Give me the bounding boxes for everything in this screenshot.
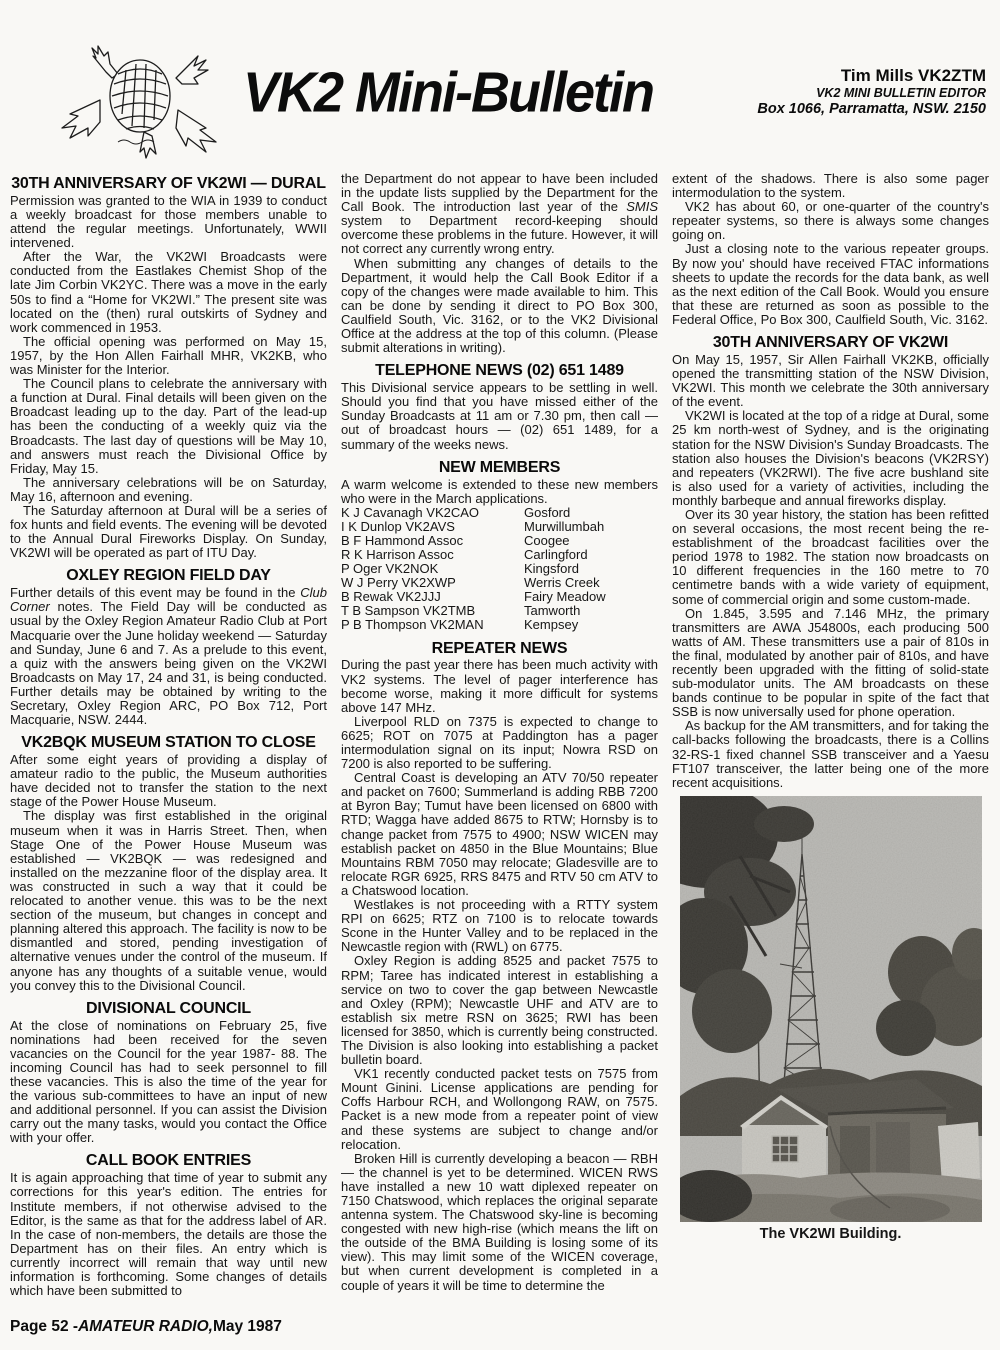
member-town: Werris Creek — [524, 576, 600, 590]
text-run-italic: SMIS — [626, 199, 658, 214]
editor-block: Tim Mills VK2ZTM VK2 MINI BULLETIN EDITO… — [757, 66, 986, 118]
member-town: Gosford — [524, 506, 570, 520]
paragraph: extent of the shadows. There is also som… — [672, 172, 989, 200]
section-heading: VK2BQK MUSEUM STATION TO CLOSE — [10, 734, 327, 752]
member-name: I K Dunlop VK2AVS — [341, 520, 524, 534]
member-row: I K Dunlop VK2AVSMurwillumbah — [341, 520, 658, 534]
vk2wi-station-photo — [680, 796, 982, 1222]
paragraph: It is again approaching that time of yea… — [10, 1171, 327, 1298]
paragraph: On May 15, 1957, Sir Allen Fairhall VK2K… — [672, 353, 989, 409]
paragraph: Westlakes is not proceeding with a RTTY … — [341, 898, 658, 954]
text-run: notes. The Field Day will be conducted a… — [10, 599, 327, 727]
section-heading: OXLEY REGION FIELD DAY — [10, 567, 327, 585]
paragraph: A warm welcome is extended to these new … — [341, 478, 658, 506]
paragraph: VK2 has about 60, or one-quarter of the … — [672, 200, 989, 242]
member-name: W J Perry VK2XWP — [341, 576, 524, 590]
column-2: the Department do not appear to have bee… — [341, 172, 658, 1314]
member-row: B Rewak VK2JJJFairy Meadow — [341, 590, 658, 604]
paragraph: Broken Hill is currently developing a be… — [341, 1152, 658, 1293]
member-row: K J Cavanagh VK2CAOGosford — [341, 506, 658, 520]
paragraph: The Council plans to celebrate the anniv… — [10, 377, 327, 476]
section-heading: TELEPHONE NEWS (02) 651 1489 — [341, 362, 658, 380]
paragraph: On 1.845, 3.595 and 7.146 MHz, the prima… — [672, 607, 989, 720]
paragraph: As backup for the AM transmitters, and f… — [672, 719, 989, 789]
text-run: Further details of this event may be fou… — [10, 585, 300, 600]
paragraph: The display was first established in the… — [10, 809, 327, 992]
member-row: T B Sampson VK2TMBTamworth — [341, 604, 658, 618]
paragraph: The anniversary celebrations will be on … — [10, 476, 327, 504]
member-row: R K Harrison AssocCarlingford — [341, 548, 658, 562]
column-3: extent of the shadows. There is also som… — [672, 172, 989, 1314]
paragraph: VK2WI is located at the top of a ridge a… — [672, 409, 989, 508]
member-town: Coogee — [524, 534, 570, 548]
member-town: Kempsey — [524, 618, 578, 632]
editor-address: Box 1066, Parramatta, NSW. 2150 — [757, 101, 986, 118]
editor-role: VK2 MINI BULLETIN EDITOR — [757, 86, 986, 101]
paragraph: Further details of this event may be fou… — [10, 586, 327, 727]
section-heading: DIVISIONAL COUNCIL — [10, 1000, 327, 1018]
editor-name: Tim Mills VK2ZTM — [757, 66, 986, 86]
footer-date: May 1987 — [213, 1318, 282, 1335]
footer-page-number: Page 52 - — [10, 1318, 78, 1335]
member-row: P Oger VK2NOKKingsford — [341, 562, 658, 576]
member-row: P B Thompson VK2MANKempsey — [341, 618, 658, 632]
text-run: the Department do not appear to have bee… — [341, 172, 658, 214]
paragraph: Liverpool RLD on 7375 is expected to cha… — [341, 715, 658, 771]
footer-magazine-name: AMATEUR RADIO, — [78, 1318, 213, 1335]
member-town: Tamworth — [524, 604, 580, 618]
paragraph: When submitting any changes of details t… — [341, 257, 658, 356]
paragraph: After the War, the VK2WI Broadcasts were… — [10, 250, 327, 335]
paragraph: During the past year there has been much… — [341, 658, 658, 714]
member-name: K J Cavanagh VK2CAO — [341, 506, 524, 520]
paragraph: After some eight years of providing a di… — [10, 753, 327, 809]
member-name: P B Thompson VK2MAN — [341, 618, 524, 632]
station-photo-figure: The VK2WI Building. — [672, 796, 989, 1241]
paragraph: Just a closing note to the various repea… — [672, 242, 989, 327]
section-heading: REPEATER NEWS — [341, 640, 658, 658]
member-row: B F Hammond AssocCoogee — [341, 534, 658, 548]
new-members-list: K J Cavanagh VK2CAOGosford I K Dunlop VK… — [341, 506, 658, 633]
masthead: VK2 Mini-Bulletin Tim Mills VK2ZTM VK2 M… — [0, 36, 1000, 166]
text-run: system to Department record-keeping shou… — [341, 213, 658, 256]
member-town: Murwillumbah — [524, 520, 604, 534]
paragraph: At the close of nominations on February … — [10, 1019, 327, 1146]
member-town: Kingsford — [524, 562, 579, 576]
photo-caption: The VK2WI Building. — [672, 1227, 989, 1241]
member-name: P Oger VK2NOK — [341, 562, 524, 576]
article-columns: 30TH ANNIVERSARY OF VK2WI — DURAL Permis… — [10, 172, 990, 1314]
member-name: B Rewak VK2JJJ — [341, 590, 524, 604]
column-1: 30TH ANNIVERSARY OF VK2WI — DURAL Permis… — [10, 172, 327, 1314]
section-heading: NEW MEMBERS — [341, 459, 658, 477]
member-town: Carlingford — [524, 548, 588, 562]
paragraph: Permission was granted to the WIA in 193… — [10, 194, 327, 250]
paragraph: the Department do not appear to have bee… — [341, 172, 658, 257]
paragraph: The Saturday afternoon at Dural will be … — [10, 504, 327, 560]
member-row: W J Perry VK2XWPWerris Creek — [341, 576, 658, 590]
member-name: T B Sampson VK2TMB — [341, 604, 524, 618]
paragraph: The official opening was performed on Ma… — [10, 335, 327, 377]
section-heading: CALL BOOK ENTRIES — [10, 1152, 327, 1170]
section-heading: 30TH ANNIVERSARY OF VK2WI — [672, 334, 989, 352]
member-name: B F Hammond Assoc — [341, 534, 524, 548]
paragraph: Central Coast is developing an ATV 70/50… — [341, 771, 658, 898]
page-footer: Page 52 -AMATEUR RADIO,May 1987 — [10, 1318, 282, 1336]
paragraph: Oxley Region is adding 8525 and packet 7… — [341, 954, 658, 1067]
member-town: Fairy Meadow — [524, 590, 606, 604]
bulletin-title: VK2 Mini-Bulletin — [218, 61, 678, 125]
member-name: R K Harrison Assoc — [341, 548, 524, 562]
paragraph: VK1 recently conducted packet tests on 7… — [341, 1067, 658, 1152]
paragraph: This Divisional service appears to be se… — [341, 381, 658, 451]
section-heading: 30TH ANNIVERSARY OF VK2WI — DURAL — [10, 175, 327, 193]
paragraph: Over its 30 year history, the station ha… — [672, 508, 989, 607]
magazine-page: VK2 Mini-Bulletin Tim Mills VK2ZTM VK2 M… — [0, 0, 1000, 1350]
